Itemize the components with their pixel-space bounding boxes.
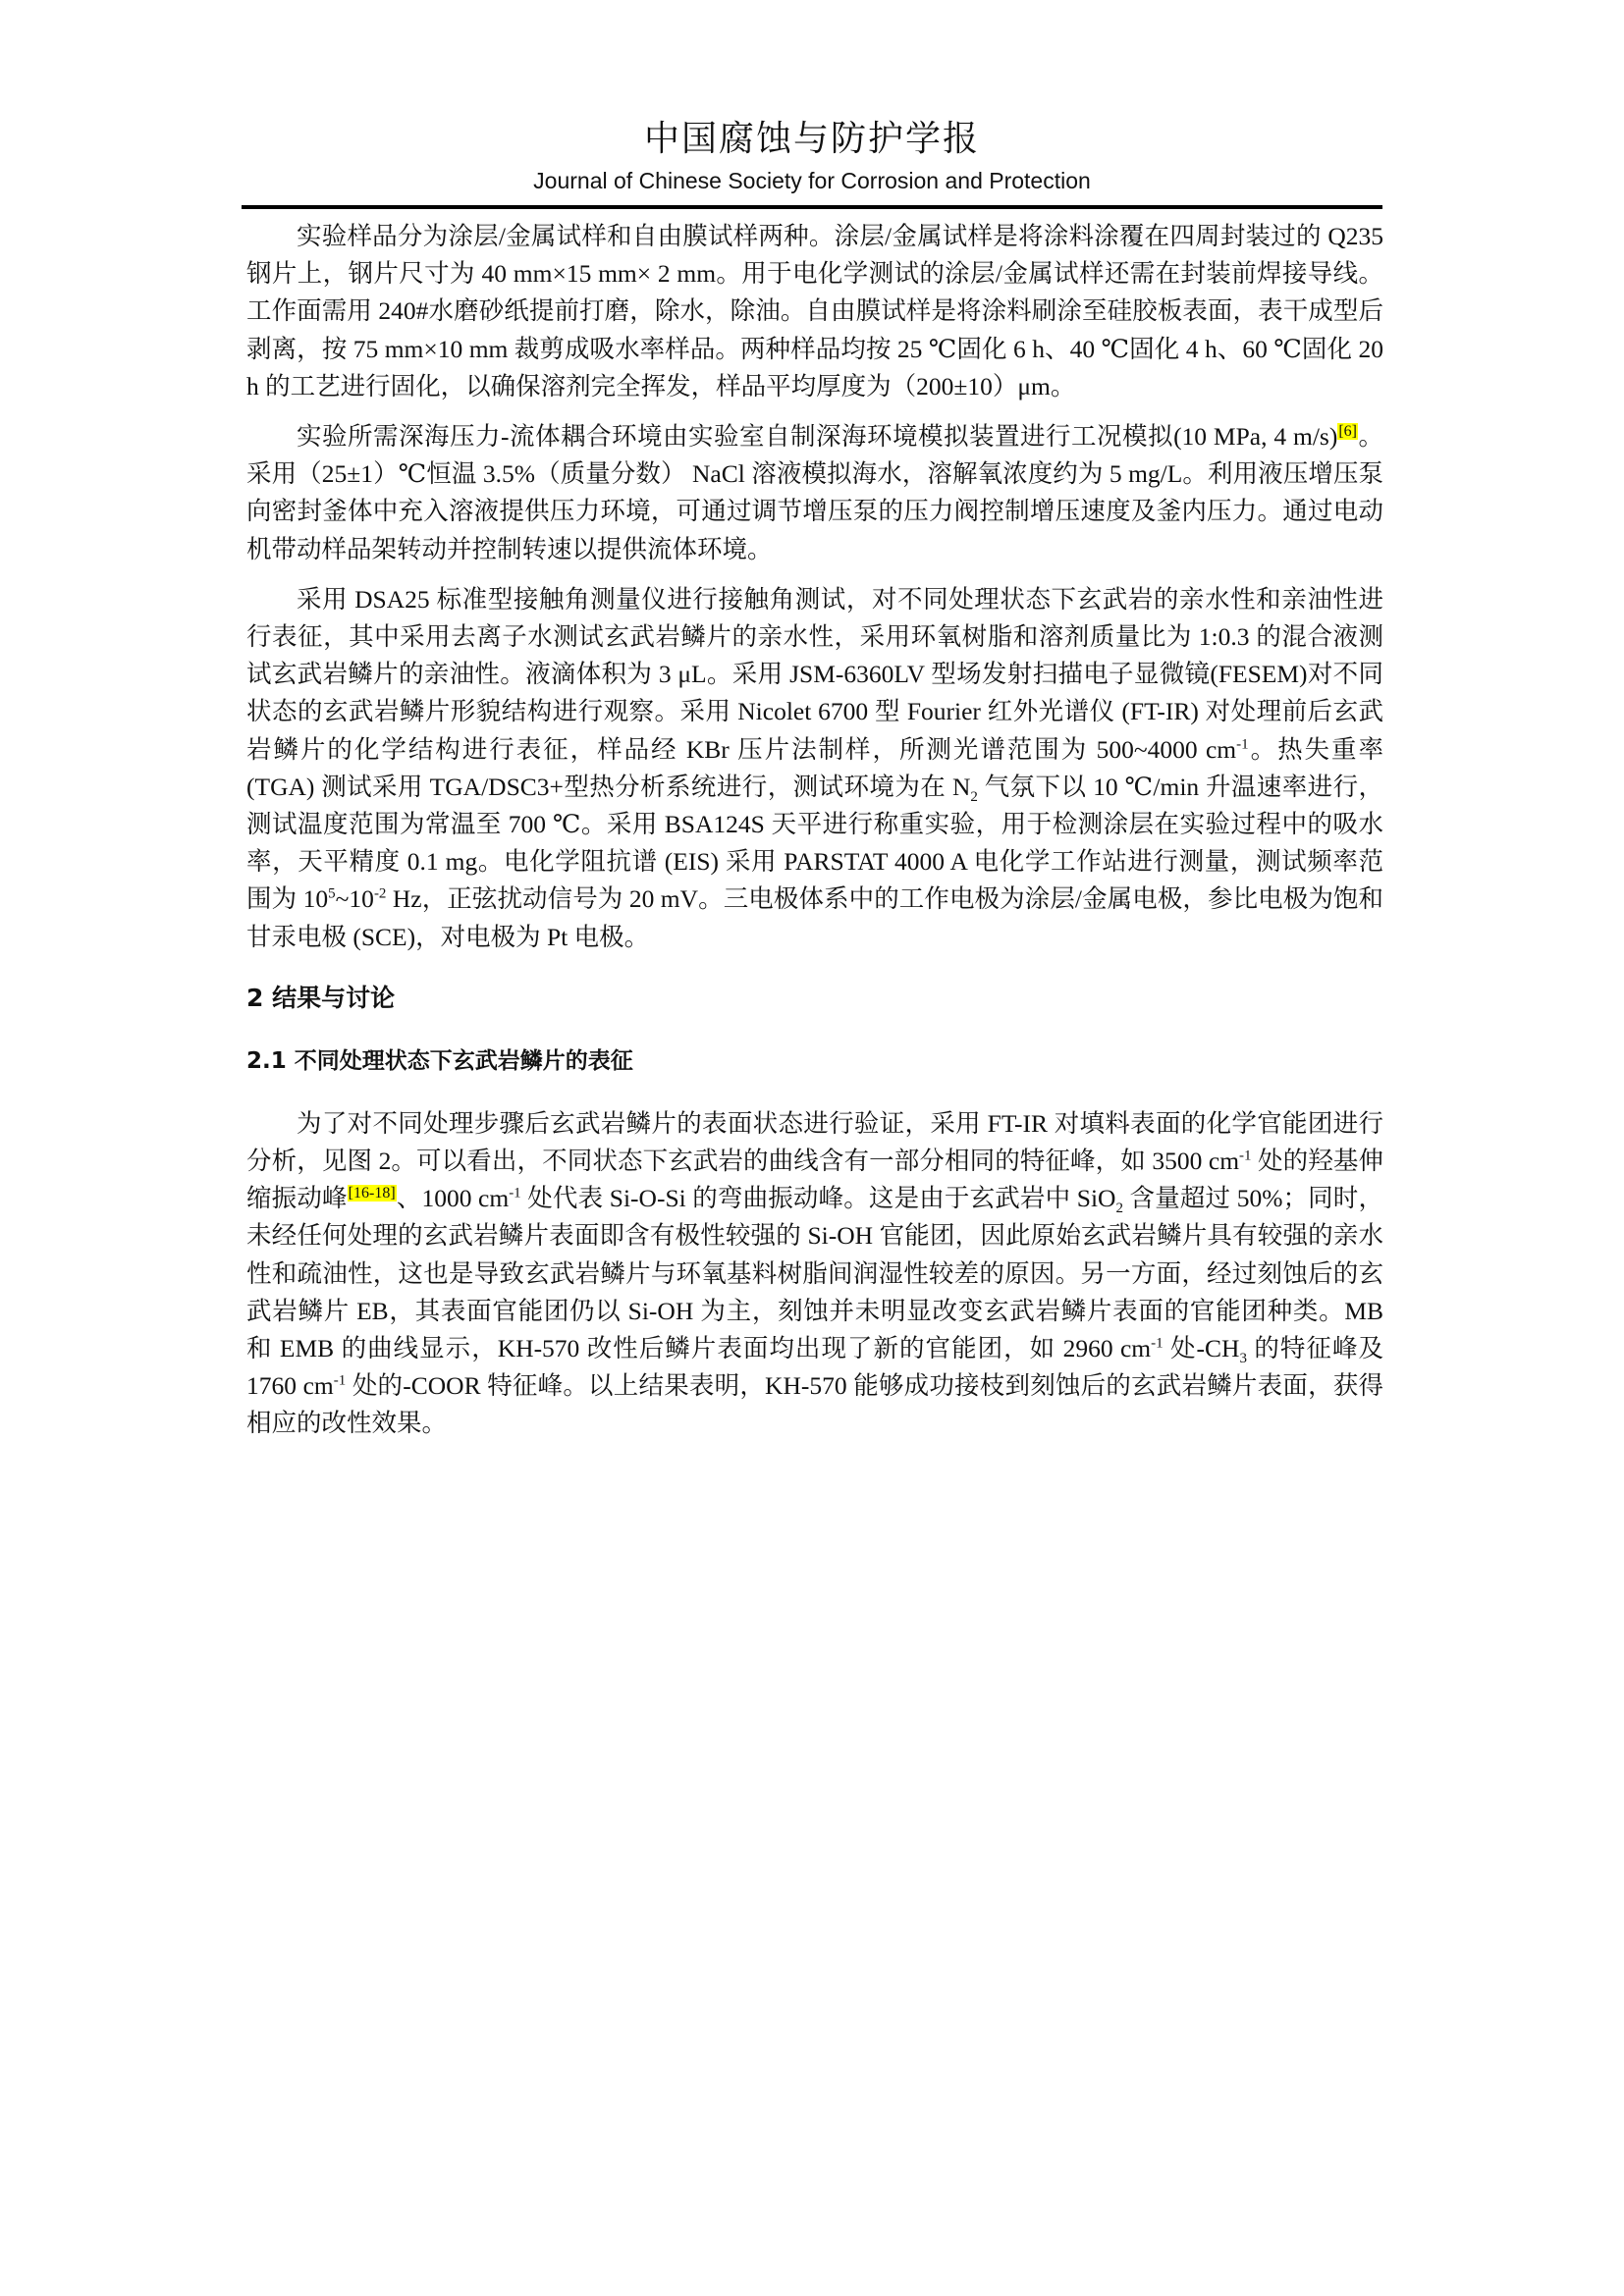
text-run: 处代表 Si-O-Si 的弯曲振动峰。这是由于玄武岩中 SiO	[521, 1184, 1116, 1212]
paragraph-methods: 采用 DSA25 标准型接触角测量仪进行接触角测试，对不同处理状态下玄武岩的亲水…	[246, 581, 1383, 956]
superscript: -1	[1151, 1336, 1164, 1352]
page-header: 中国腐蚀与防护学报 Journal of Chinese Society for…	[0, 116, 1624, 196]
citation-highlight[interactable]: [16-18]	[348, 1185, 397, 1201]
section-gap	[246, 956, 1383, 980]
text-run: 处-CH	[1164, 1334, 1240, 1362]
journal-title-en: Journal of Chinese Society for Corrosion…	[0, 165, 1624, 196]
paragraph-environment: 实验所需深海压力-流体耦合环境由实验室自制深海环境模拟装置进行工况模拟(10 M…	[246, 418, 1383, 568]
superscript: -2	[374, 886, 387, 902]
paragraph-samples: 实验样品分为涂层/金属试样和自由膜试样两种。涂层/金属试样是将涂料涂覆在四周封装…	[246, 218, 1383, 405]
paragraph-ftir-analysis: 为了对不同处理步骤后玄武岩鳞片的表面状态进行验证，采用 FT-IR 对填料表面的…	[246, 1105, 1383, 1443]
superscript: -1	[1236, 736, 1249, 752]
text-run: 采用 DSA25 标准型接触角测量仪进行接触角测试，对不同处理状态下玄武岩的亲水…	[246, 585, 1383, 764]
paragraph-gap	[246, 568, 1383, 581]
section-gap	[246, 1080, 1383, 1105]
text-run: 处的-COOR 特征峰。以上结果表明，KH-570 能够成功接枝到刻蚀后的玄武岩…	[246, 1371, 1383, 1437]
text-run: 、1000 cm	[397, 1184, 510, 1212]
superscript: -1	[334, 1373, 347, 1389]
text-run: Hz，正弦扰动信号为 20 mV。三电极体系中的工作电极为涂层/金属电极，参比电…	[246, 884, 1383, 950]
citation-highlight[interactable]: [6]	[1337, 423, 1358, 440]
superscript: 5	[328, 886, 336, 902]
text-run: 为了对不同处理步骤后玄武岩鳞片的表面状态进行验证，采用 FT-IR 对填料表面的…	[246, 1109, 1383, 1175]
article-body: 实验样品分为涂层/金属试样和自由膜试样两种。涂层/金属试样是将涂料涂覆在四周封装…	[246, 218, 1383, 1443]
text-run: 实验所需深海压力-流体耦合环境由实验室自制深海环境模拟装置进行工况模拟(10 M…	[297, 422, 1337, 451]
text-run: ~10	[336, 884, 374, 913]
subscript: 2	[970, 789, 978, 805]
subsection-heading: 2.1 不同处理状态下玄武岩鳞片的表征	[246, 1042, 1383, 1080]
section-heading: 2 结果与讨论	[246, 980, 1383, 1017]
header-divider	[242, 205, 1382, 209]
superscript: -1	[509, 1186, 521, 1201]
subscript: 3	[1239, 1351, 1247, 1366]
paragraph-gap	[246, 405, 1383, 418]
section-gap	[246, 1017, 1383, 1042]
superscript: -1	[1239, 1148, 1252, 1164]
journal-title-cn: 中国腐蚀与防护学报	[0, 116, 1624, 163]
subscript: 2	[1115, 1201, 1123, 1216]
